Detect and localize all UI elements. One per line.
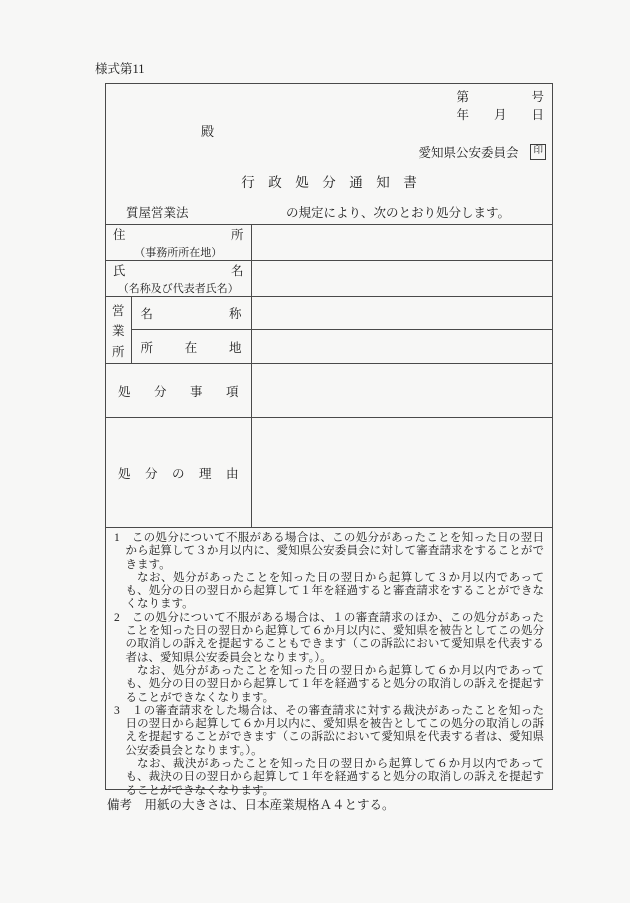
name-label-cell: 氏名 （名称及び代表者氏名） <box>106 261 251 297</box>
disposition-reason-label: 処分の理由 <box>106 464 251 482</box>
name-value-cell <box>251 261 552 297</box>
name-sublabel: （名称及び代表者氏名） <box>106 280 251 296</box>
remarks-line: 備考 用紙の大きさは、日本産業規格Ａ４とする。 <box>107 795 395 813</box>
document-number-line: 第 号 <box>456 87 544 105</box>
disposition-items-label: 処分事項 <box>106 382 251 400</box>
notification-sheet: 第 号 年 月 日 殿 愛知県公安委員会 印 行 政 処 分 通 知 書 質屋営… <box>105 83 553 790</box>
address-label: 住所 <box>106 225 251 243</box>
disposition-table: 住所 （事務所所在地） 氏名 （名称及び代表者氏名） 営業所 名称 <box>106 224 552 798</box>
table-row-office-location: 所在地 <box>106 330 552 364</box>
office-name-label-cell: 名称 <box>131 297 251 330</box>
table-row-disposition-items: 処分事項 <box>106 364 552 418</box>
office-name-value-cell <box>251 297 552 330</box>
appeal-notice-cell: 1 この処分について不服がある場合は、この処分があったことを知った日の翌日から起… <box>106 528 552 798</box>
addressee-honorific: 殿 <box>201 121 214 140</box>
office-group-label-cell: 営業所 <box>106 297 131 364</box>
law-name: 質屋営業法 <box>126 203 286 221</box>
disposition-items-label-cell: 処分事項 <box>106 364 251 418</box>
official-seal-mark: 印 <box>530 144 546 160</box>
table-row-office-name: 営業所 名称 <box>106 297 552 330</box>
office-name-label: 名称 <box>132 304 251 322</box>
table-row-address: 住所 （事務所所在地） <box>106 225 552 261</box>
notice-paragraph-1: 1 この処分について不服がある場合は、この処分があったことを知った日の翌日から起… <box>114 532 544 572</box>
disposition-reason-value-cell <box>251 418 552 528</box>
notice-paragraph-3: 3 １の審査請求をした場合は、その審査請求に対する裁決があったことを知った日の翌… <box>114 705 544 758</box>
disposition-reason-label-cell: 処分の理由 <box>106 418 251 528</box>
disposition-items-value-cell <box>251 364 552 418</box>
address-sublabel: （事務所所在地） <box>106 244 251 260</box>
law-reference-line: 質屋営業法の規定により、次のとおり処分します。 <box>126 203 510 221</box>
form-number: 様式第11 <box>95 59 145 77</box>
notice-paragraph-2: 2 この処分について不服がある場合は、１の審査請求のほか、この処分があったことを… <box>114 612 544 665</box>
office-location-value-cell <box>251 330 552 364</box>
notice-paragraph-3-note: なお、裁決があったことを知った日の翌日から起算して６か月以内であっても、裁決の日… <box>114 758 544 798</box>
document-title: 行 政 処 分 通 知 書 <box>106 171 552 191</box>
document-header: 第 号 年 月 日 殿 愛知県公安委員会 印 行 政 処 分 通 知 書 質屋営… <box>106 84 552 224</box>
office-group-label: 営業所 <box>106 298 131 362</box>
table-row-appeal-notice: 1 この処分について不服がある場合は、この処分があったことを知った日の翌日から起… <box>106 528 552 798</box>
date-line: 年 月 日 <box>456 105 544 123</box>
law-clause: の規定により、次のとおり処分します。 <box>286 206 510 220</box>
issuer-name: 愛知県公安委員会 <box>418 143 518 161</box>
address-label-cell: 住所 （事務所所在地） <box>106 225 251 261</box>
issuer-row: 愛知県公安委員会 印 <box>418 143 546 161</box>
document-page: 様式第11 第 号 年 月 日 殿 愛知県公安委員会 印 行 政 処 分 通 知… <box>0 0 630 903</box>
notice-paragraph-2-note: なお、処分があったことを知った日の翌日から起算して６か月以内であっても、処分の日… <box>114 665 544 705</box>
address-value-cell <box>251 225 552 261</box>
name-label: 氏名 <box>106 261 251 279</box>
notice-paragraph-1-note: なお、処分があったことを知った日の翌日から起算して３か月以内であっても、処分の日… <box>114 572 544 612</box>
table-row-disposition-reason: 処分の理由 <box>106 418 552 528</box>
office-location-label: 所在地 <box>132 338 251 356</box>
office-location-label-cell: 所在地 <box>131 330 251 364</box>
table-row-name: 氏名 （名称及び代表者氏名） <box>106 261 552 297</box>
